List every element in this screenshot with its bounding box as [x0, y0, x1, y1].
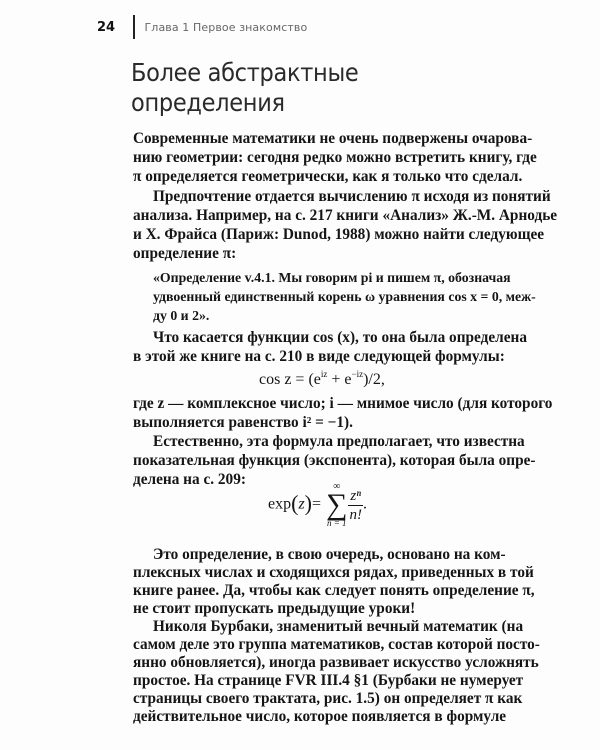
formula-paren: ) [305, 491, 312, 516]
text-line: простое. На странице FVR III.4 §1 (Бурба… [133, 671, 497, 690]
text-line: не стоит пропускать предыдущие уроки! [133, 599, 497, 618]
formula-part: )/2, [363, 371, 385, 388]
formula-function: exp [268, 496, 291, 513]
text-line: книге ранее. Да, чтобы как следует понят… [133, 581, 497, 600]
sigma-icon: ∑ [326, 492, 347, 518]
text-line: определение π: [133, 244, 497, 263]
header-divider [133, 15, 135, 39]
quote-line: «Определение v.4.1. Мы говорим pi и пише… [153, 268, 497, 287]
formula-part: + e [327, 371, 351, 388]
section-title-line-1: Более абстрактные [131, 58, 358, 88]
text-line: Это определение, в свою очередь, основан… [153, 545, 497, 564]
text-line: выполняется равенство i² = −1). [133, 413, 497, 432]
text-line: Предпочтение отдается вычислению π исход… [153, 187, 497, 206]
text-line: нию геометрии: сегодня редко можно встре… [133, 148, 497, 167]
text-line: в этой же книге на с. 210 в виде следующ… [133, 347, 497, 366]
sum-lower-limit: n = 1 [327, 518, 347, 528]
text-line: π определяется геометрически, как я толь… [133, 167, 497, 186]
text-line: Естественно, эта формула предполагает, ч… [153, 432, 497, 451]
text-line: Современные математики не очень подверже… [133, 129, 497, 148]
fraction-numerator: zⁿ [348, 487, 363, 506]
chapter-title: Глава 1 Первое знакомство [145, 21, 308, 34]
text-line: анализа. Например, на с. 217 книги «Анал… [133, 206, 497, 225]
quote-line: ду 0 и 2». [153, 306, 497, 325]
text-line: показательная функция (экспонента), кото… [133, 451, 497, 470]
text-line: янно обновляется), иногда развивает иску… [133, 653, 497, 672]
summation: ∞ ∑ n = 1 [326, 482, 347, 528]
book-page: 24 Глава 1 Первое знакомство Более абстр… [0, 0, 600, 750]
page-number: 24 [97, 20, 133, 35]
running-head: 24 Глава 1 Первое знакомство [97, 18, 307, 36]
fraction: zⁿ n! [348, 487, 363, 524]
text-line: Николя Бурбаки, знаменитый вечный матема… [153, 617, 497, 636]
cos-formula: cos z = (eiz + e−iz)/2, [259, 369, 385, 389]
text-line: Что касается функции cos (x), то она был… [153, 328, 497, 347]
section-title-line-2: определения [131, 88, 358, 118]
text-line: плексных числах и сходящихся рядах, прив… [133, 563, 497, 582]
text-line: страницы своего трактата, рис. 1.5) он о… [133, 689, 497, 708]
formula-part: . [363, 496, 367, 513]
fraction-denominator: n! [349, 506, 362, 524]
formula-exponent: −iz [352, 369, 364, 379]
formula-equals: = [312, 496, 321, 513]
text-line: где z — комплексное число; i — мнимое чи… [133, 394, 497, 413]
section-title: Более абстрактные определения [131, 58, 358, 118]
exp-formula: exp(z)= ∞ ∑ n = 1 zⁿ n! . [268, 482, 367, 528]
text-line: и Х. Фрайса (Париж: Dunod, 1988) можно н… [133, 225, 497, 244]
formula-part: cos z = (e [259, 371, 321, 388]
quote-line: удвоенный единственный корень ω уравнени… [153, 287, 497, 306]
text-line: самом деле это группа математиков, соста… [133, 635, 497, 654]
text-line: действительное число, которое появляется… [133, 707, 497, 726]
